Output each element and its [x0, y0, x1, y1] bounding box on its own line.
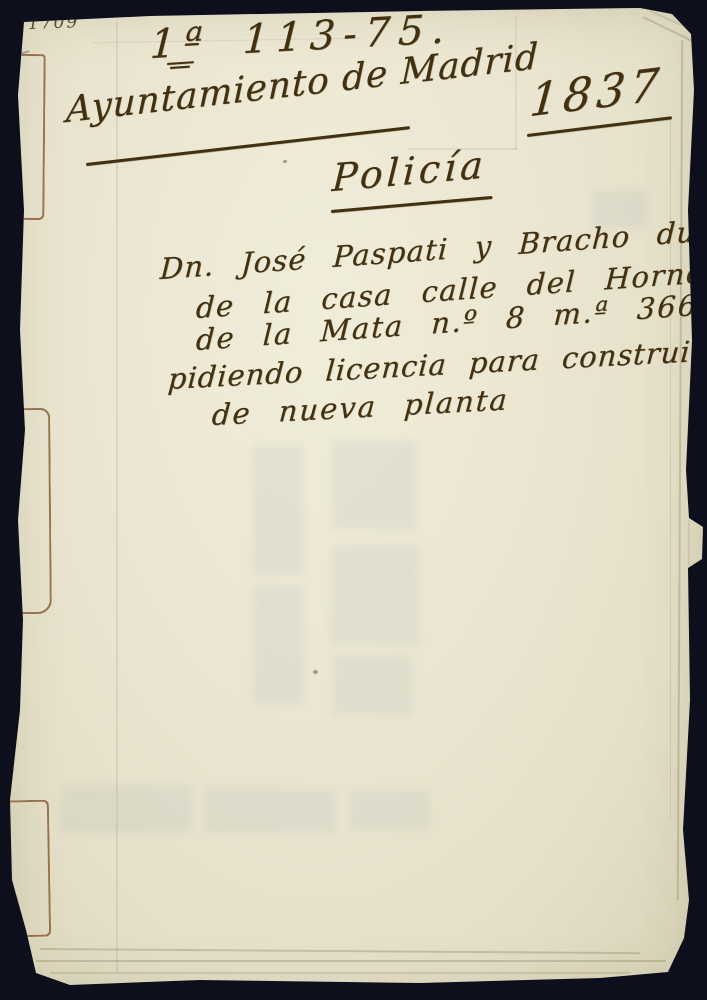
sheet-edge-right — [677, 40, 684, 900]
binding-stitch-icon — [7, 800, 51, 938]
sheet-edge-bottom-3 — [50, 972, 630, 974]
bleedthrough-block — [252, 585, 304, 705]
ink-speck — [283, 160, 287, 163]
binding-stitch-icon — [17, 408, 52, 614]
ink-speck — [313, 670, 318, 674]
section-underline — [331, 196, 493, 213]
bleedthrough-block — [330, 545, 420, 645]
bleedthrough-block — [332, 655, 412, 715]
binding-stitch-icon — [19, 54, 45, 220]
bleedthrough-block — [252, 445, 304, 575]
bleedthrough-block — [332, 440, 416, 530]
reference-underline — [170, 66, 190, 69]
corner-number: 1709 — [28, 12, 80, 34]
sheet-edge-bottom-2 — [36, 960, 666, 962]
plate-mark-vertical — [515, 16, 517, 150]
corner-fold-line-2 — [650, 10, 696, 32]
sheet-edge-bottom — [40, 948, 640, 954]
bleedthrough-block — [205, 788, 335, 833]
manuscript-page: 1709 1ª 113-75. Ayuntamiento de Madrid 1… — [0, 0, 707, 1000]
scan-background: 1709 1ª 113-75. Ayuntamiento de Madrid 1… — [0, 0, 707, 1000]
bleedthrough-block — [350, 790, 430, 830]
section-title: Policía — [331, 142, 488, 200]
bleedthrough-block — [62, 785, 192, 833]
right-tab-edge — [688, 520, 690, 566]
year-label: 1837 — [528, 57, 666, 127]
